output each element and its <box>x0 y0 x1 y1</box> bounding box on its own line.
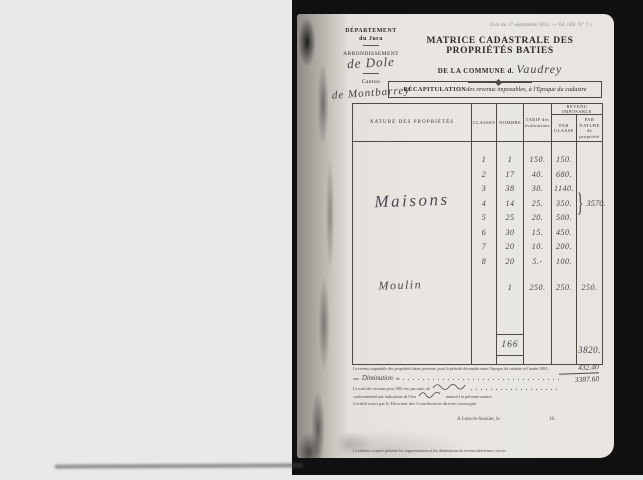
diminution-handwritten: Diminution <box>362 374 393 382</box>
col-header-par-classe: PAR CLASSE <box>551 115 576 141</box>
recap-subtitle: des revenus imposables, à l'Époque du ca… <box>466 86 586 93</box>
law-reference: (Loi du 17 septembre 1851. — 64. 609. N°… <box>482 23 600 28</box>
footer-line1b-suffix: de <box>396 376 400 381</box>
footer-line2b-text: conformément aux indications de l'état <box>353 394 416 399</box>
cell-tarif: 40. <box>524 170 551 179</box>
footer-line2a: Le total des revenus pour 1881 est, par … <box>353 383 563 391</box>
column-par-classe: 150. 680. 1140. 350. 500. 450. 200. 100.… <box>551 142 576 364</box>
page-title: MATRICE CADASTRALE DES PROPRIÉTÉS BATIES <box>392 36 608 56</box>
cell-tarif: 150. <box>524 155 551 164</box>
table-header: NATURE DES PROPRIÉTÉS CLASSES NOMBRE TAR… <box>353 104 602 142</box>
cell-classe: 6 <box>472 228 496 237</box>
divider <box>363 45 379 46</box>
place-date-line: A Lons-le-Saunier, le <box>457 417 500 422</box>
cell-par-classe: 1140. <box>552 184 576 193</box>
col-header-tarif: TARIF des évaluations <box>523 104 551 141</box>
table-body: Maisons Moulin 1 2 3 4 5 6 7 8 1 17 38 <box>353 142 602 364</box>
cell-par-classe: 680. <box>552 170 576 179</box>
column-nature: Maisons Moulin <box>353 142 471 364</box>
footer-line2c-text: annexé à la présente matrice. <box>446 394 493 399</box>
cell-nombre: 20 <box>497 242 523 251</box>
footer-line1a-text: Le revenu imposable des propriétés bâtie… <box>353 366 549 371</box>
cell-classe: 4 <box>472 199 496 208</box>
bottom-note: Le tableau ci-après présente les augment… <box>353 448 605 453</box>
cell-tarif: 30. <box>524 184 551 193</box>
cell-classe: 2 <box>472 170 496 179</box>
cell-nombre: 1 <box>497 155 523 164</box>
cell-tarif: 5.- <box>524 257 551 266</box>
recap-table: NATURE DES PROPRIÉTÉS CLASSES NOMBRE TAR… <box>352 103 603 365</box>
cell-tarif-moulin: 250. <box>524 283 551 292</box>
cell-nombre: 38 <box>497 184 523 193</box>
handwritten-amounts: 432.40 3387.60 <box>559 362 600 384</box>
handwritten-flourish <box>432 383 466 391</box>
cell-classe: 5 <box>472 213 496 222</box>
cell-par-nature-moulin: 250. <box>577 283 602 292</box>
cell-classe: 8 <box>472 257 496 266</box>
handwritten-flourish <box>418 391 444 399</box>
brace-mark: } <box>577 190 584 216</box>
diminution-amount: 432.40 <box>559 362 599 372</box>
divider <box>363 73 379 74</box>
new-total-amount: 3387.60 <box>559 372 599 384</box>
column-par-nature: } 3570. 250. 3820. <box>576 142 602 364</box>
department-label: DÉPARTEMENT <box>325 28 417 36</box>
masthead: MATRICE CADASTRALE DES PROPRIÉTÉS BATIES… <box>392 36 608 83</box>
commune-line: DE LA COMMUNE d. Vaudrey <box>392 62 608 77</box>
cell-nombre: 14 <box>497 199 523 208</box>
column-nombre: 1 17 38 14 25 30 20 20 1 166 <box>496 142 523 364</box>
col-header-nature: NATURE DES PROPRIÉTÉS <box>353 104 471 141</box>
maisons-total-group: } 3570. <box>574 190 606 216</box>
page-shadow-seam <box>55 463 303 468</box>
dotted-leader <box>403 379 560 380</box>
cell-tarif: 20. <box>524 213 551 222</box>
col-header-par-nature: PAR NATURE de propriété <box>576 115 602 141</box>
grand-total-revenu: 3820. <box>577 345 602 355</box>
cell-par-classe: 150. <box>552 155 576 164</box>
recap-title: RÉCAPITULATION <box>403 86 466 93</box>
cell-par-classe: 500. <box>552 213 576 222</box>
cell-nombre: 20 <box>497 257 523 266</box>
document-page: DÉPARTEMENT du Jura ARRONDISSEMENT de Do… <box>297 14 614 458</box>
cell-par-classe: 200. <box>552 242 576 251</box>
cell-classe: 7 <box>472 242 496 251</box>
cell-par-classe: 100. <box>552 257 576 266</box>
scanned-register-view: DÉPARTEMENT du Jura ARRONDISSEMENT de Do… <box>0 0 643 480</box>
col-header-classes: CLASSES <box>471 104 496 141</box>
cell-par-classe-moulin: 250. <box>552 283 576 292</box>
commune-label: DE LA COMMUNE d. <box>438 67 514 75</box>
cell-tarif: 10. <box>524 242 551 251</box>
cell-par-classe: 350. <box>552 199 576 208</box>
col-header-revenu-group: REVENU IMPOSABLE <box>551 104 602 115</box>
column-classes: 1 2 3 4 5 6 7 8 <box>471 142 496 364</box>
footer-line2b: conformément aux indications de l'état a… <box>353 391 593 399</box>
dotted-leader <box>471 389 560 390</box>
footer-line1b-prefix: une <box>353 376 359 381</box>
total-nombre-box: 166 <box>497 334 523 356</box>
cell-nombre: 17 <box>497 170 523 179</box>
maisons-total-value: 3570. <box>586 198 605 208</box>
certification-line: Certifié exact par le Directeur des Cont… <box>353 401 477 406</box>
year-blank: 18 . <box>549 417 557 422</box>
cell-tarif: 15. <box>524 228 551 237</box>
maisons-handwritten-label: Maisons <box>353 189 472 213</box>
cell-classe: 1 <box>472 155 496 164</box>
commune-handwritten: Vaudrey <box>516 62 562 76</box>
cell-nombre: 30 <box>497 228 523 237</box>
cell-nombre: 25 <box>497 213 523 222</box>
cell-tarif: 25. <box>524 199 551 208</box>
column-tarif: 150. 40. 30. 25. 20. 15. 10. 5.- 250. <box>523 142 551 364</box>
recap-banner: RÉCAPITULATION des revenus imposables, à… <box>388 81 602 98</box>
footer-line1b: une Diminution de <box>353 373 563 381</box>
moulin-handwritten-label: Moulin <box>359 277 442 295</box>
cell-nombre-moulin: 1 <box>497 283 523 292</box>
col-header-nombre: NOMBRE <box>496 104 523 141</box>
cell-par-classe: 450. <box>552 228 576 237</box>
cell-classe: 3 <box>472 184 496 193</box>
